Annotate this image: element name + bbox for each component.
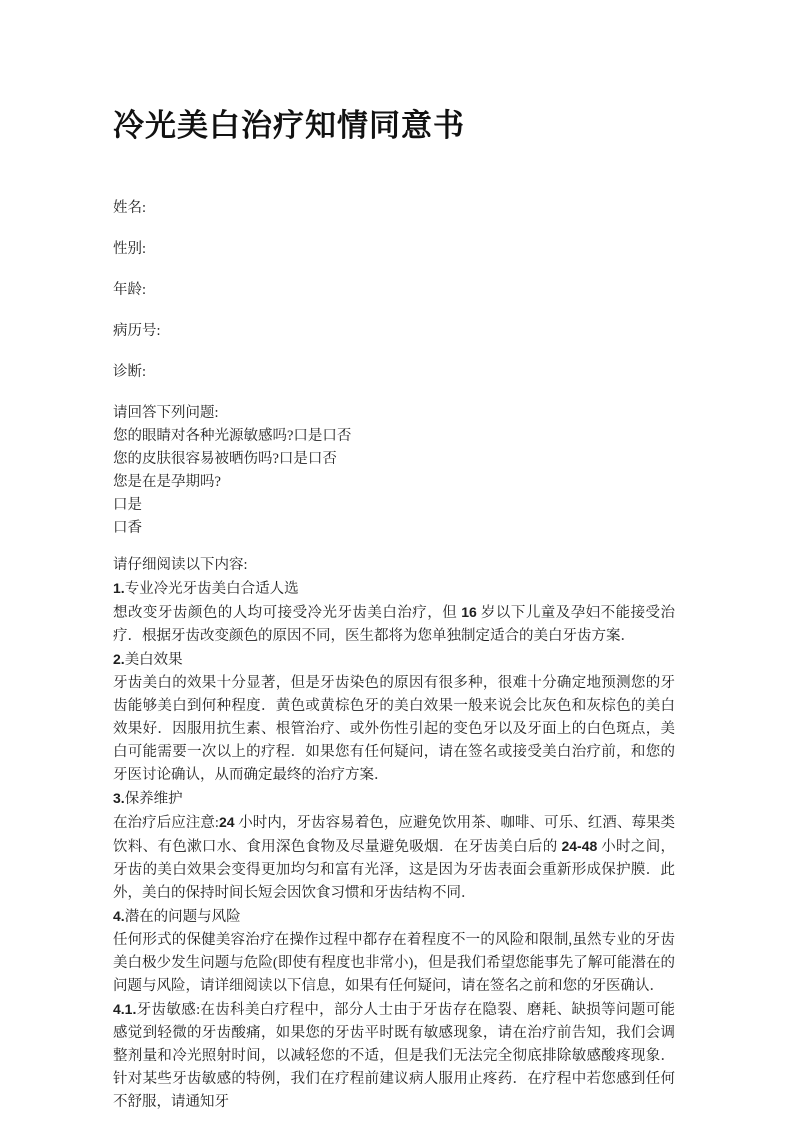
section-4-1-body: 4.1.牙齿敏感:在齿科美白疗程中，部分人士由于牙齿存在隐裂、磨耗、缺损等问题可… xyxy=(113,998,675,1114)
field-label-age: 年龄: xyxy=(113,279,675,302)
patient-fields: 姓名: 性别: 年龄: 病历号: 诊断: xyxy=(113,197,675,384)
section-2-body: 牙齿美白的效果十分显著，但是牙齿染色的原因有很多种，很难十分确定地预测您的牙齿能… xyxy=(113,672,675,787)
question-line: 您的皮肤很容易被晒伤吗?口是口否 xyxy=(113,448,675,471)
section-1-heading: 1.专业冷光牙齿美白合适人选 xyxy=(113,577,675,601)
notice-content: 请仔细阅读以下内容: 1.专业冷光牙齿美白合适人选 想改变牙齿颜色的人均可接受冷… xyxy=(113,554,675,1114)
inline-number: 16 xyxy=(461,604,477,620)
inline-number: 24 xyxy=(219,814,235,830)
notice-intro: 请仔细阅读以下内容: xyxy=(113,554,675,577)
field-label-diagnosis: 诊断: xyxy=(113,361,675,384)
section-2-heading: 2.美白效果 xyxy=(113,648,675,672)
field-label-name: 姓名: xyxy=(113,197,675,220)
inline-number: 4. xyxy=(113,908,125,924)
section-1-body: 想改变牙齿颜色的人均可接受冷光牙齿美白治疗，但 16 岁以下儿童及孕妇不能接受治… xyxy=(113,601,675,648)
questionnaire-intro: 请回答下列问题: xyxy=(113,402,675,425)
inline-number: 1. xyxy=(113,580,125,596)
question-line: 您的眼睛对各种光源敏感吗?口是口否 xyxy=(113,425,675,448)
document-title: 冷光美白治疗知情同意书 xyxy=(113,104,675,147)
field-label-record-number: 病历号: xyxy=(113,320,675,343)
section-4-heading: 4.潜在的问题与风险 xyxy=(113,905,675,929)
inline-number: 2. xyxy=(113,651,125,667)
inline-number: 24-48 xyxy=(561,838,597,854)
inline-number: 4.1. xyxy=(113,1001,136,1017)
question-option-yes: 口是 xyxy=(113,494,675,517)
question-line: 您是在是孕期吗? xyxy=(113,471,675,494)
document-page: 冷光美白治疗知情同意书 姓名: 性别: 年龄: 病历号: 诊断: 请回答下列问题… xyxy=(0,0,793,1122)
section-4-body: 任何形式的保健美容治疗在操作过程中都存在着程度不一的风险和限制,虽然专业的牙齿美… xyxy=(113,929,675,998)
inline-number: 3. xyxy=(113,790,125,806)
questionnaire: 请回答下列问题: 您的眼睛对各种光源敏感吗?口是口否 您的皮肤很容易被晒伤吗?口… xyxy=(113,402,675,540)
section-3-heading: 3.保养维护 xyxy=(113,787,675,811)
field-label-gender: 性别: xyxy=(113,238,675,261)
section-3-body: 在治疗后应注意:24 小时内，牙齿容易着色，应避免饮用茶、咖啡、可乐、红酒、莓果… xyxy=(113,811,675,905)
question-option-no: 口香 xyxy=(113,517,675,540)
